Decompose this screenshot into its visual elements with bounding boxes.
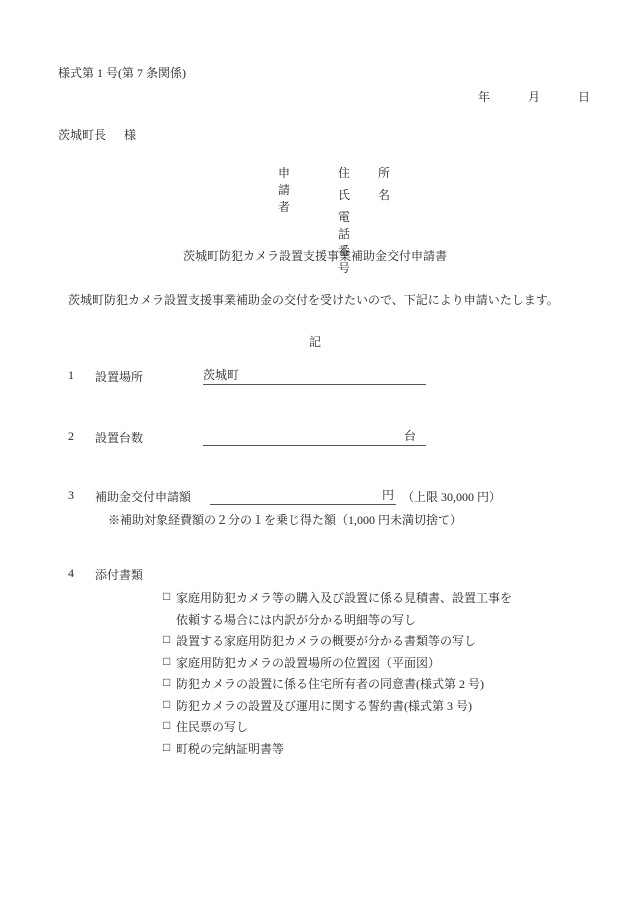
checklist-item-2: □ 設置する家庭用防犯カメラの概要が分かる書類等の写し (163, 632, 512, 654)
item-3-blank-line: 円 (210, 488, 396, 505)
applicant-name-label: 氏 名 (338, 186, 390, 203)
item-1-number: 1 (68, 368, 74, 383)
checklist-text: 住民票の写し (176, 718, 248, 735)
document-page: 様式第 1 号(第 7 条関係) 年 月 日 茨城町長様 申請者 住 所 氏 名… (0, 0, 630, 903)
checklist-text: 家庭用防犯カメラの設置場所の位置図（平面図） (176, 654, 440, 671)
item-3-label: 補助金交付申請額 (95, 488, 191, 505)
item-3-unit: 円 (382, 486, 394, 503)
checkbox-icon: □ (163, 740, 176, 755)
checklist-item-3: □ 家庭用防犯カメラの設置場所の位置図（平面図） (163, 654, 512, 676)
checkbox-icon: □ (163, 675, 176, 690)
item-3-note: ※補助対象経費額の２分の１を乗じ得た額（1,000 円未満切捨て） (108, 511, 462, 528)
applicant-address-first: 住 (338, 164, 350, 181)
addressee-honorific: 様 (124, 128, 136, 142)
date-month-label: 月 (528, 88, 540, 105)
checklist-text: 防犯カメラの設置に係る住宅所有者の同意書(様式第 2 号) (176, 675, 484, 692)
applicant-label: 申請者 (278, 164, 290, 215)
applicant-address-label: 住 所 (338, 164, 390, 181)
attachment-checklist: □ 家庭用防犯カメラ等の購入及び設置に係る見積書、設置工事を 依頼する場合には内… (163, 589, 512, 761)
applicant-phone-label: 電話番号 (338, 208, 350, 276)
addressee: 茨城町長様 (58, 126, 136, 143)
checklist-text: 家庭用防犯カメラ等の購入及び設置に係る見積書、設置工事を (176, 589, 512, 606)
item-1-label: 設置場所 (95, 368, 143, 385)
item-1-value: 茨城町 (203, 366, 239, 383)
checklist-item-5: □ 防犯カメラの設置及び運用に関する誓約書(様式第 3 号) (163, 697, 512, 719)
checkbox-icon: □ (163, 654, 176, 669)
item-4-label: 添付書類 (95, 566, 143, 583)
checklist-item-1-continuation: 依頼する場合には内訳が分かる明細等の写し (163, 611, 512, 633)
addressee-name: 茨城町長 (58, 128, 106, 142)
checkbox-icon: □ (163, 632, 176, 647)
item-3-number: 3 (68, 488, 74, 503)
item-2-label: 設置台数 (95, 429, 143, 446)
page-title: 茨城町防犯カメラ設置支援事業補助金交付申請書 (0, 247, 630, 264)
form-number: 様式第 1 号(第 7 条関係) (58, 64, 186, 81)
intro-text: 茨城町防犯カメラ設置支援事業補助金の交付を受けたいので、下記により申請いたします… (60, 291, 600, 308)
checklist-text: 設置する家庭用防犯カメラの概要が分かる書類等の写し (176, 632, 476, 649)
item-2-unit: 台 (404, 427, 416, 444)
record-mark: 記 (0, 333, 630, 350)
date-year-label: 年 (478, 88, 490, 105)
item-2-blank-line: 台 (203, 429, 426, 446)
item-4-row: 4 添付書類 (0, 566, 630, 586)
checkbox-icon: □ (163, 718, 176, 733)
applicant-name-first: 氏 (338, 186, 350, 203)
checklist-item-4: □ 防犯カメラの設置に係る住宅所有者の同意書(様式第 2 号) (163, 675, 512, 697)
item-1-row: 1 設置場所 茨城町 (0, 368, 630, 388)
item-3-limit: （上限 30,000 円） (402, 488, 501, 505)
applicant-address-last: 所 (378, 164, 390, 181)
checkbox-icon: □ (163, 589, 176, 604)
checkbox-icon: □ (163, 697, 176, 712)
applicant-name-last: 名 (378, 186, 390, 203)
checklist-item-7: □ 町税の完納証明書等 (163, 740, 512, 762)
item-4-number: 4 (68, 566, 74, 581)
item-2-row: 2 設置台数 台 (0, 429, 630, 449)
item-2-number: 2 (68, 429, 74, 444)
item-3-row: 3 補助金交付申請額 円 （上限 30,000 円） (0, 488, 630, 508)
checklist-item-6: □ 住民票の写し (163, 718, 512, 740)
checklist-text: 依頼する場合には内訳が分かる明細等の写し (176, 611, 416, 628)
checklist-text: 防犯カメラの設置及び運用に関する誓約書(様式第 3 号) (176, 697, 472, 714)
item-1-blank-line: 茨城町 (203, 368, 426, 385)
date-day-label: 日 (578, 88, 590, 105)
checklist-text: 町税の完納証明書等 (176, 740, 284, 757)
checklist-item-1: □ 家庭用防犯カメラ等の購入及び設置に係る見積書、設置工事を (163, 589, 512, 611)
